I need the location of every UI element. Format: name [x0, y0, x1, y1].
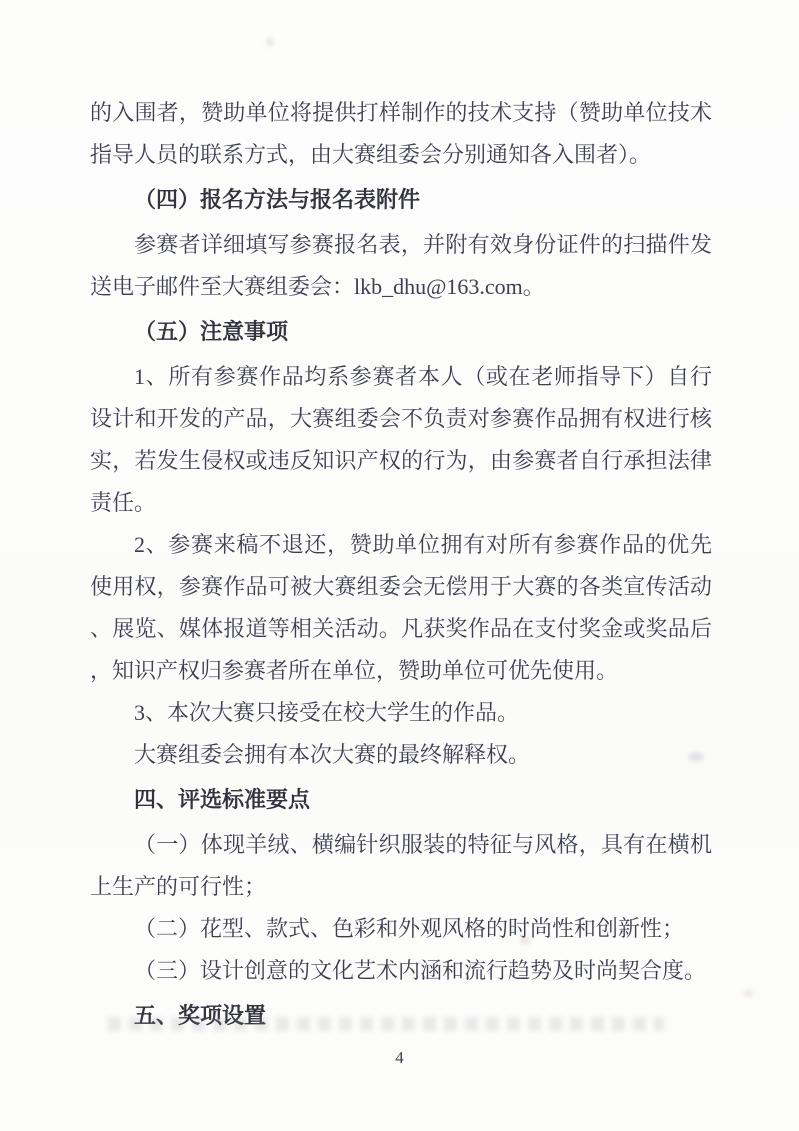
paragraph-criterion-3: （三）设计创意的文化艺术内涵和流行趋势及时尚契合度。 — [90, 950, 712, 992]
scan-smudge — [744, 990, 753, 997]
paragraph-note-2: 2、参赛来稿不退还，赞助单位拥有对所有参赛作品的优先使用权，参赛作品可被大赛组委… — [90, 524, 712, 692]
paragraph-registration: 参赛者详细填写参赛报名表，并附有效身份证件的扫描件发送电子邮件至大赛组委会：lk… — [90, 224, 712, 308]
section-heading-judging-criteria: 四、评选标准要点 — [90, 779, 712, 821]
ink-bleed-through — [108, 1017, 664, 1031]
paragraph-criterion-1: （一）体现羊绒、横编针织服装的特征与风格，具有在横机上生产的可行性； — [90, 824, 712, 908]
paragraph-continued: 的入围者，赞助单位将提供打样制作的技术支持（赞助单位技术指导人员的联系方式，由大… — [90, 92, 712, 176]
paragraph-final-interpretation: 大赛组委会拥有本次大赛的最终解释权。 — [90, 734, 712, 776]
scan-smudge — [520, 936, 530, 944]
paragraph-note-3: 3、本次大赛只接受在校大学生的作品。 — [90, 692, 712, 734]
scan-smudge — [266, 38, 274, 46]
section-heading-registration-method: （四）报名方法与报名表附件 — [90, 179, 712, 221]
page-number: 4 — [0, 1048, 799, 1068]
scan-smudge — [688, 752, 704, 762]
section-heading-notes: （五）注意事项 — [90, 311, 712, 353]
paragraph-criterion-2: （二）花型、款式、色彩和外观风格的时尚性和创新性； — [90, 908, 712, 950]
document-body: 的入围者，赞助单位将提供打样制作的技术支持（赞助单位技术指导人员的联系方式，由大… — [90, 92, 712, 1040]
paragraph-note-1: 1、所有参赛作品均系参赛者本人（或在老师指导下）自行设计和开发的产品，大赛组委会… — [90, 356, 712, 524]
